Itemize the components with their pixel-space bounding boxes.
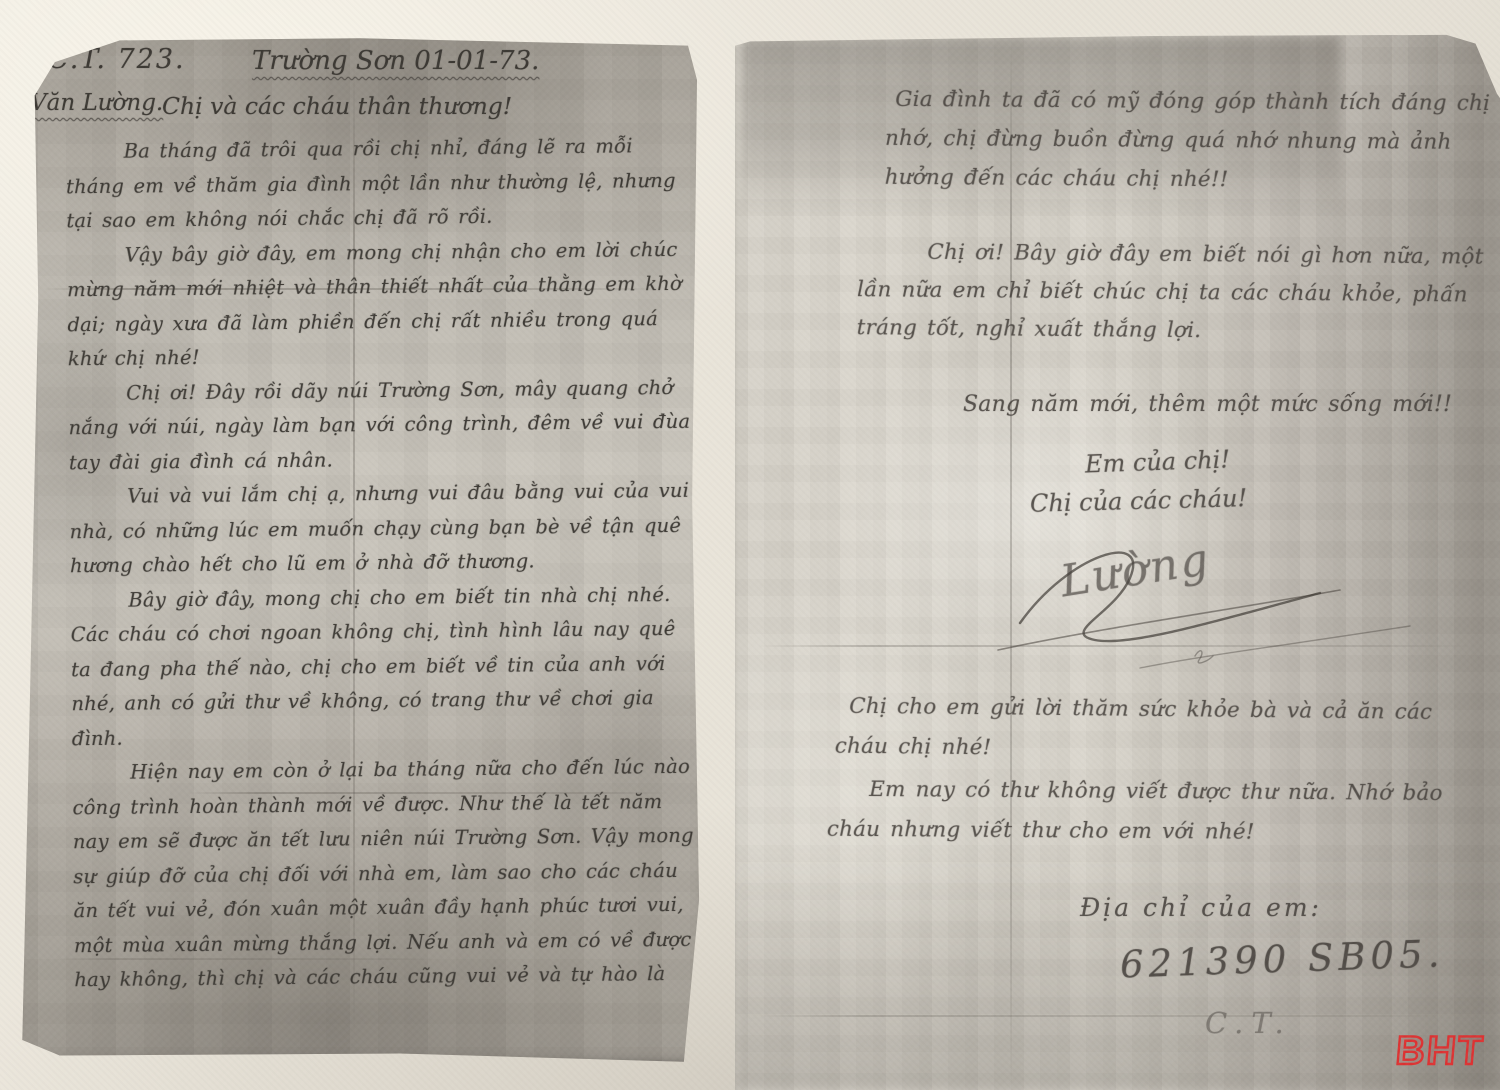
address-label: Địa chỉ của em: <box>1080 893 1322 922</box>
salutation: Chị và các cháu thân thương! <box>162 92 512 120</box>
letter-body-page2: Chị ơi! Bây giờ đây em biết nói gì hơn n… <box>857 233 1500 353</box>
paragraph: Vui và vui lắm chị ạ, nhưng vui đâu bằng… <box>69 474 692 584</box>
unit-code: C.T. 723. <box>48 44 186 75</box>
paragraph: Em nay có thư không viết được thư nữa. N… <box>827 770 1493 855</box>
postscript: Chị cho em gửi lời thăm sức khỏe bà và c… <box>835 687 1488 774</box>
letter-body-page1: Ba tháng đã trôi qua rồi chị nhỉ, đáng l… <box>66 129 697 998</box>
letter-body-page2: Gia đình ta đã có mỹ đóng góp thành tích… <box>885 80 1500 201</box>
letter-page-1: C.T. 723. Văn Lường. Trường Sơn 01-01-73… <box>14 30 706 1068</box>
letter-page-2: Gia đình ta đã có mỹ đóng góp thành tích… <box>735 0 1500 1090</box>
paragraph: Chị ơi! Đây rồi dãy núi Trường Sơn, mây … <box>68 370 691 480</box>
paragraph: Chị ơi! Bây giờ đây em biết nói gì hơn n… <box>857 233 1500 353</box>
closing-line: Chị của các cháu! <box>1030 484 1248 518</box>
dateline: Trường Sơn 01-01-73. <box>252 46 539 76</box>
paragraph: Hiện nay em còn ở lại ba tháng nữa cho đ… <box>72 750 696 998</box>
paragraph: Bây giờ đây, mong chị cho em biết tin nh… <box>70 577 694 756</box>
closing-line: Em của chị! <box>1085 445 1231 478</box>
sender-name: Văn Lường. <box>30 90 163 116</box>
paragraph: Gia đình ta đã có mỹ đóng góp thành tích… <box>885 80 1500 201</box>
bht-watermark: BHT <box>1394 1029 1486 1074</box>
postscript: Em nay có thư không viết được thư nữa. N… <box>827 770 1493 855</box>
paragraph: Ba tháng đã trôi qua rồi chị nhỉ, đáng l… <box>66 129 689 239</box>
address-code: C.T. <box>1205 1006 1292 1040</box>
paragraph: Vậy bây giờ đây, em mong chị nhận cho em… <box>67 232 690 377</box>
paragraph: Sang năm mới, thêm một mức sống mới!! <box>845 384 1490 426</box>
paragraph: Chị cho em gửi lời thăm sức khỏe bà và c… <box>835 687 1488 774</box>
letter-body-page2: Sang năm mới, thêm một mức sống mới!! <box>845 384 1490 426</box>
signature-flourish <box>990 528 1430 678</box>
fold-crease-horizontal <box>758 1015 1447 1017</box>
scanned-letter-photo: C.T. 723. Văn Lường. Trường Sơn 01-01-73… <box>0 0 1500 1090</box>
